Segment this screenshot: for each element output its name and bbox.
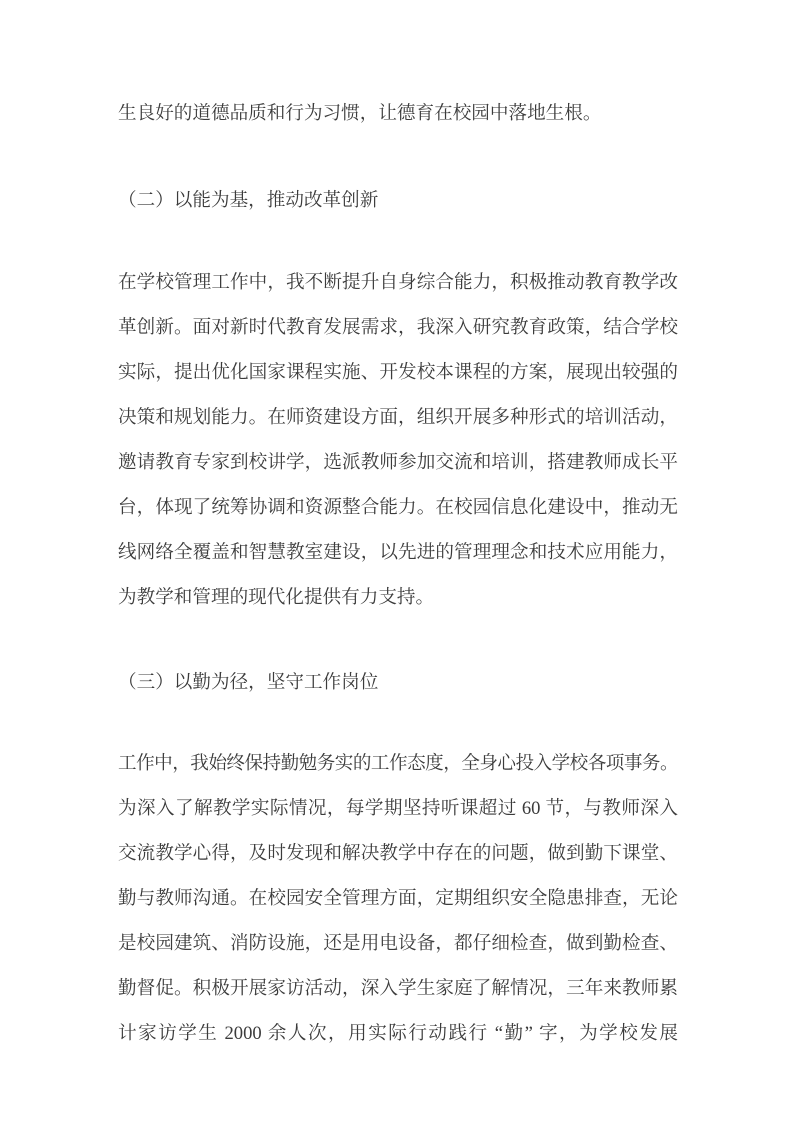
text-line: 是校园建筑、消防设施，还是用电设备，都仔细检查，做到勤检查、 [118, 921, 678, 966]
text-line: 在学校管理工作中，我不断提升自身综合能力，积极推动教育教学改 [118, 260, 678, 305]
heading-text: （二）以能为基，推动改革创新 [118, 178, 678, 223]
text-line: 工作中，我始终保持勤勉务实的工作态度，全身心投入学校各项事务。 [118, 741, 678, 786]
text-line: 为教学和管理的现代化提供有力支持。 [118, 575, 678, 620]
paragraph-section-3: 工作中，我始终保持勤勉务实的工作态度，全身心投入学校各项事务。 为深入了解教学实… [118, 741, 678, 1056]
paragraph-continuation: 生良好的道德品质和行为习惯，让德育在校园中落地生根。 [118, 91, 678, 136]
text-line: 革创新。面对新时代教育发展需求，我深入研究教育政策，结合学校 [118, 305, 678, 350]
text-line: 台，体现了统筹协调和资源整合能力。在校园信息化建设中，推动无 [118, 485, 678, 530]
section-heading-2: （二）以能为基，推动改革创新 [118, 178, 678, 223]
text-line: 线网络全覆盖和智慧教室建设，以先进的管理理念和技术应用能力， [118, 530, 678, 575]
section-heading-3: （三）以勤为径，坚守工作岗位 [118, 660, 678, 705]
text-line: 决策和规划能力。在师资建设方面，组织开展多种形式的培训活动， [118, 395, 678, 440]
text-line: 计家访学生 2000 余人次，用实际行动践行 “勤” 字，为学校发展 [118, 1011, 678, 1056]
paragraph-section-2: 在学校管理工作中，我不断提升自身综合能力，积极推动教育教学改 革创新。面对新时代… [118, 260, 678, 620]
text-line: 交流教学心得，及时发现和解决教学中存在的问题，做到勤下课堂、 [118, 831, 678, 876]
text-line: 邀请教育专家到校讲学，选派教师参加交流和培训，搭建教师成长平 [118, 440, 678, 485]
heading-text: （三）以勤为径，坚守工作岗位 [118, 660, 678, 705]
text-line: 为深入了解教学实际情况，每学期坚持听课超过 60 节，与教师深入 [118, 786, 678, 831]
document-page: 生良好的道德品质和行为习惯，让德育在校园中落地生根。 （二）以能为基，推动改革创… [0, 0, 793, 1122]
text-line: 实际，提出优化国家课程实施、开发校本课程的方案，展现出较强的 [118, 350, 678, 395]
text-line: 勤督促。积极开展家访活动，深入学生家庭了解情况，三年来教师累 [118, 966, 678, 1011]
text-line: 勤与教师沟通。在校园安全管理方面，定期组织安全隐患排查，无论 [118, 876, 678, 921]
text-line: 生良好的道德品质和行为习惯，让德育在校园中落地生根。 [118, 91, 678, 136]
